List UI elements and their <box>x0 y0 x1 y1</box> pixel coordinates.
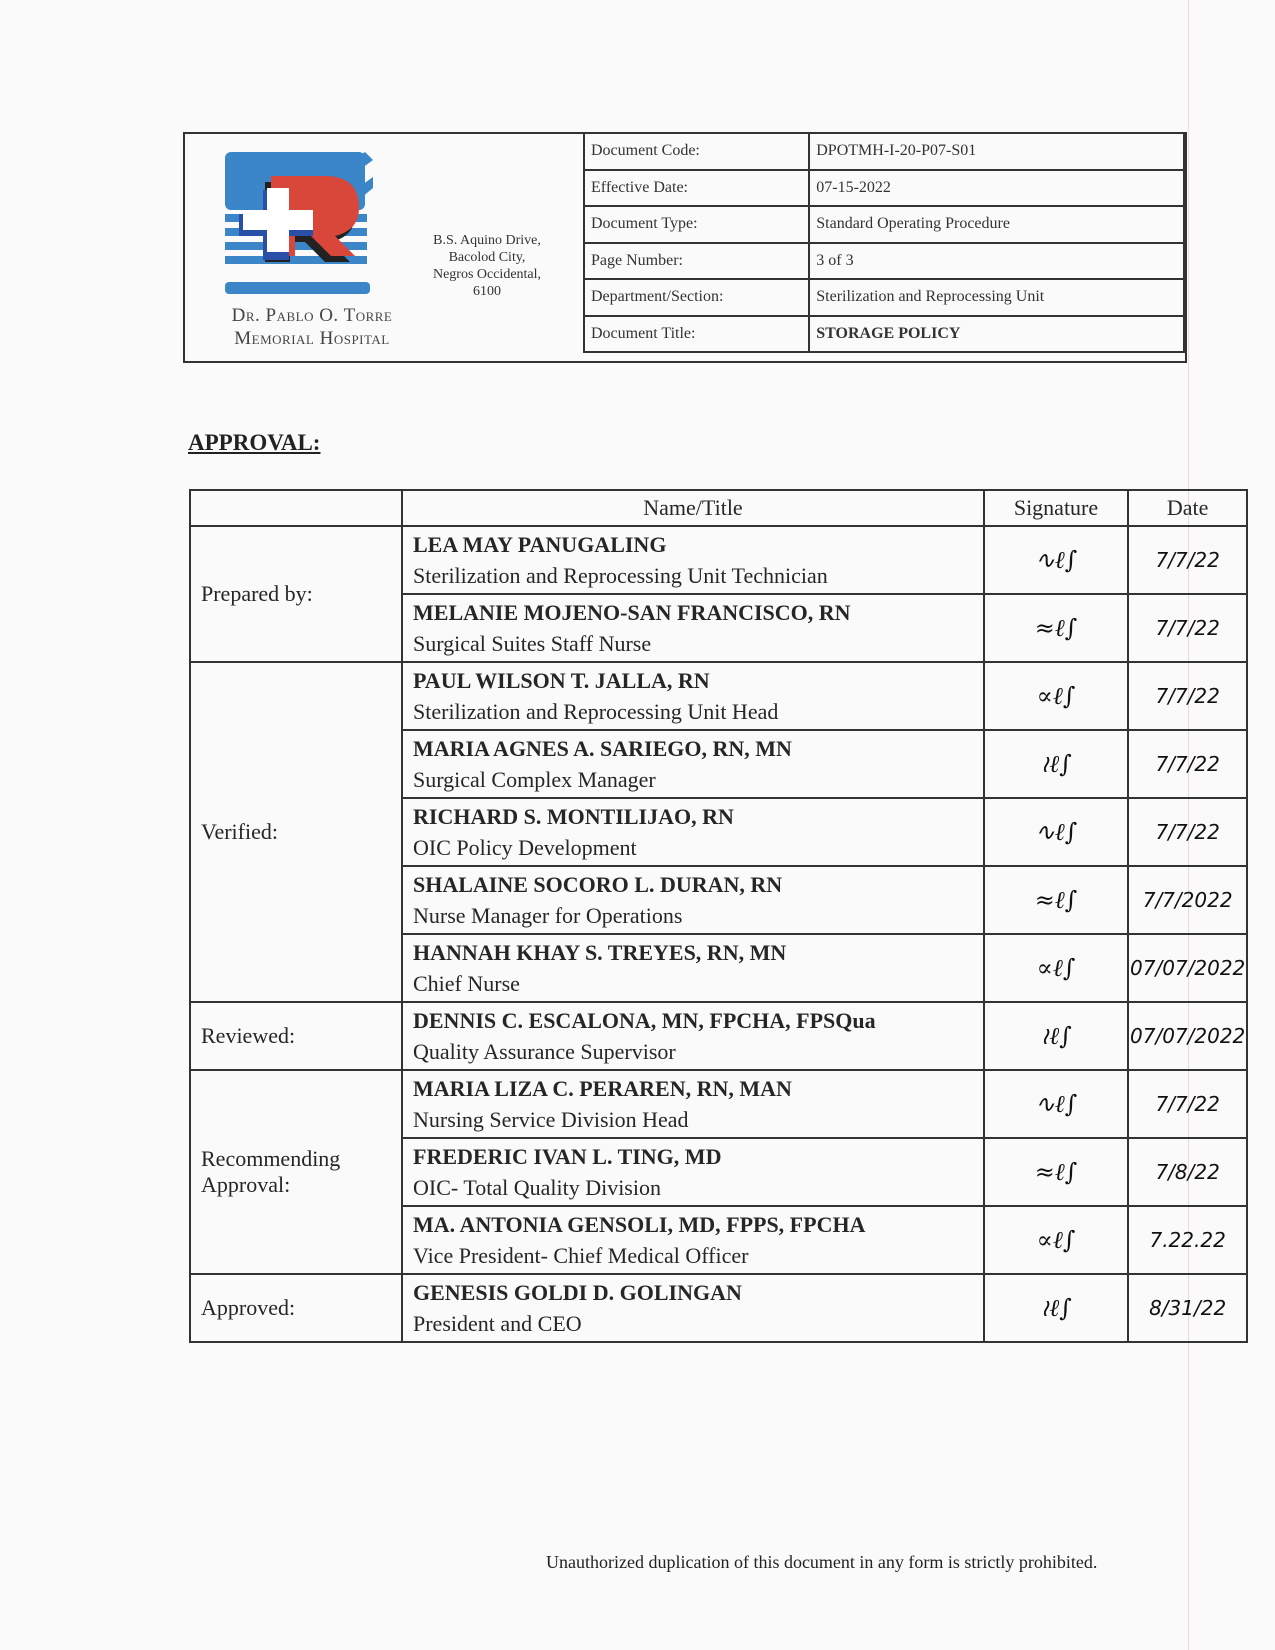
signatory-cell: MARIA AGNES A. SARIEGO, RN, MNSurgical C… <box>402 730 984 798</box>
table-row: Verified:PAUL WILSON T. JALLA, RNSterili… <box>190 662 1247 730</box>
handwritten-signature-icon: ≀ℓ∫ <box>1040 1294 1072 1322</box>
signatory-name: LEA MAY PANUGALING <box>413 529 973 561</box>
meta-row-document-title: Document Title: STORAGE POLICY <box>584 316 1184 353</box>
signatory-title: Chief Nurse <box>413 969 973 999</box>
signature-date: 07/07/2022 <box>1128 1002 1247 1070</box>
signatory-name: RICHARD S. MONTILIJAO, RN <box>413 801 973 833</box>
signature-date: 7/7/22 <box>1128 526 1247 594</box>
signature-date: 7/8/22 <box>1128 1138 1247 1206</box>
signatory-title: Quality Assurance Supervisor <box>413 1037 973 1067</box>
signatory-title: President and CEO <box>413 1309 973 1339</box>
signatory-cell: MARIA LIZA C. PERAREN, RN, MANNursing Se… <box>402 1070 984 1138</box>
table-row: Approved:GENESIS GOLDI D. GOLINGANPresid… <box>190 1274 1247 1342</box>
signatory-title: OIC Policy Development <box>413 833 973 863</box>
signature-cell: ∿ℓ∫ <box>984 1070 1128 1138</box>
signatory-name: MARIA AGNES A. SARIEGO, RN, MN <box>413 733 973 765</box>
signatory-cell: RICHARD S. MONTILIJAO, RNOIC Policy Deve… <box>402 798 984 866</box>
signature-cell: ∿ℓ∫ <box>984 798 1128 866</box>
signatory-cell: MELANIE MOJENO-SAN FRANCISCO, RNSurgical… <box>402 594 984 662</box>
signatory-title: Surgical Suites Staff Nurse <box>413 629 973 659</box>
footer-notice: Unauthorized duplication of this documen… <box>546 1552 1097 1573</box>
signatory-title: Surgical Complex Manager <box>413 765 973 795</box>
handwritten-signature-icon: ∝ℓ∫ <box>1037 682 1076 710</box>
signature-date: 7/7/22 <box>1128 662 1247 730</box>
signatory-title: Sterilization and Reprocessing Unit Tech… <box>413 561 973 591</box>
signature-date: 8/31/22 <box>1128 1274 1247 1342</box>
handwritten-signature-icon: ≀ℓ∫ <box>1040 1022 1072 1050</box>
signatory-name: MARIA LIZA C. PERAREN, RN, MAN <box>413 1073 973 1105</box>
handwritten-signature-icon: ≀ℓ∫ <box>1040 750 1072 778</box>
signature-date: 7/7/2022 <box>1128 866 1247 934</box>
hospital-name: Dr. Pablo O. Torre Memorial Hospital <box>207 304 417 350</box>
signatory-cell: HANNAH KHAY S. TREYES, RN, MNChief Nurse <box>402 934 984 1002</box>
signature-cell: ≈ℓ∫ <box>984 1138 1128 1206</box>
signatory-title: Sterilization and Reprocessing Unit Head <box>413 697 973 727</box>
signatory-title: Nurse Manager for Operations <box>413 901 973 931</box>
signatory-name: MA. ANTONIA GENSOLI, MD, FPPS, FPCHA <box>413 1209 973 1241</box>
signatory-title: Vice President- Chief Medical Officer <box>413 1241 973 1271</box>
meta-row-document-code: Document Code: DPOTMH-I-20-P07-S01 <box>584 133 1184 170</box>
signatory-cell: PAUL WILSON T. JALLA, RNSterilization an… <box>402 662 984 730</box>
hospital-branding: Dr. Pablo O. Torre Memorial Hospital B.S… <box>185 134 585 361</box>
signature-date: 7/7/22 <box>1128 1070 1247 1138</box>
signatory-title: OIC- Total Quality Division <box>413 1173 973 1203</box>
signatory-name: PAUL WILSON T. JALLA, RN <box>413 665 973 697</box>
signatory-cell: LEA MAY PANUGALINGSterilization and Repr… <box>402 526 984 594</box>
approval-heading: APPROVAL: <box>188 430 320 456</box>
signature-cell: ∝ℓ∫ <box>984 1206 1128 1274</box>
signatory-name: DENNIS C. ESCALONA, MN, FPCHA, FPSQua <box>413 1005 973 1037</box>
handwritten-signature-icon: ≈ℓ∫ <box>1035 614 1078 642</box>
signature-cell: ≈ℓ∫ <box>984 594 1128 662</box>
signature-cell: ≀ℓ∫ <box>984 730 1128 798</box>
table-row: Recommending Approval:MARIA LIZA C. PERA… <box>190 1070 1247 1138</box>
handwritten-signature-icon: ∝ℓ∫ <box>1037 954 1076 982</box>
approval-role: Recommending Approval: <box>190 1070 402 1274</box>
signature-cell: ≀ℓ∫ <box>984 1274 1128 1342</box>
signatory-name: HANNAH KHAY S. TREYES, RN, MN <box>413 937 973 969</box>
meta-row-document-type: Document Type: Standard Operating Proced… <box>584 206 1184 243</box>
approval-header-row: Name/Title Signature Date <box>190 490 1247 526</box>
signatory-cell: DENNIS C. ESCALONA, MN, FPCHA, FPSQuaQua… <box>402 1002 984 1070</box>
signature-cell: ∿ℓ∫ <box>984 526 1128 594</box>
meta-row-page-number: Page Number: 3 of 3 <box>584 243 1184 280</box>
table-row: Reviewed:DENNIS C. ESCALONA, MN, FPCHA, … <box>190 1002 1247 1070</box>
signatory-cell: SHALAINE SOCORO L. DURAN, RNNurse Manage… <box>402 866 984 934</box>
hospital-logo-icon <box>225 152 373 297</box>
handwritten-signature-icon: ∿ℓ∫ <box>1035 818 1078 846</box>
signatory-name: SHALAINE SOCORO L. DURAN, RN <box>413 869 973 901</box>
signatory-cell: GENESIS GOLDI D. GOLINGANPresident and C… <box>402 1274 984 1342</box>
handwritten-signature-icon: ≈ℓ∫ <box>1035 1158 1078 1186</box>
approval-role: Verified: <box>190 662 402 1002</box>
approval-role: Prepared by: <box>190 526 402 662</box>
signature-date: 7/7/22 <box>1128 730 1247 798</box>
signatory-cell: MA. ANTONIA GENSOLI, MD, FPPS, FPCHAVice… <box>402 1206 984 1274</box>
meta-row-department: Department/Section: Sterilization and Re… <box>584 279 1184 316</box>
signature-date: 7/7/22 <box>1128 798 1247 866</box>
signature-date: 07/07/2022 <box>1128 934 1247 1002</box>
signature-cell: ∝ℓ∫ <box>984 934 1128 1002</box>
signatory-name: GENESIS GOLDI D. GOLINGAN <box>413 1277 973 1309</box>
signature-cell: ≈ℓ∫ <box>984 866 1128 934</box>
handwritten-signature-icon: ∿ℓ∫ <box>1035 546 1078 574</box>
signatory-title: Nursing Service Division Head <box>413 1105 973 1135</box>
handwritten-signature-icon: ∝ℓ∫ <box>1037 1226 1076 1254</box>
handwritten-signature-icon: ≈ℓ∫ <box>1035 886 1078 914</box>
handwritten-signature-icon: ∿ℓ∫ <box>1035 1090 1078 1118</box>
signatory-name: FREDERIC IVAN L. TING, MD <box>413 1141 973 1173</box>
approval-role: Reviewed: <box>190 1002 402 1070</box>
signature-date: 7/7/22 <box>1128 594 1247 662</box>
document-meta-table: Document Code: DPOTMH-I-20-P07-S01 Effec… <box>583 132 1185 353</box>
hospital-address: B.S. Aquino Drive, Bacolod City, Negros … <box>413 232 561 300</box>
meta-row-effective-date: Effective Date: 07-15-2022 <box>584 170 1184 207</box>
signatory-cell: FREDERIC IVAN L. TING, MDOIC- Total Qual… <box>402 1138 984 1206</box>
approval-table: Name/Title Signature Date Prepared by:LE… <box>189 489 1248 1343</box>
table-row: Prepared by:LEA MAY PANUGALINGSterilizat… <box>190 526 1247 594</box>
signature-cell: ≀ℓ∫ <box>984 1002 1128 1070</box>
approval-role: Approved: <box>190 1274 402 1342</box>
signature-date: 7.22.22 <box>1128 1206 1247 1274</box>
signatory-name: MELANIE MOJENO-SAN FRANCISCO, RN <box>413 597 973 629</box>
document-header: Dr. Pablo O. Torre Memorial Hospital B.S… <box>183 132 1187 363</box>
signature-cell: ∝ℓ∫ <box>984 662 1128 730</box>
